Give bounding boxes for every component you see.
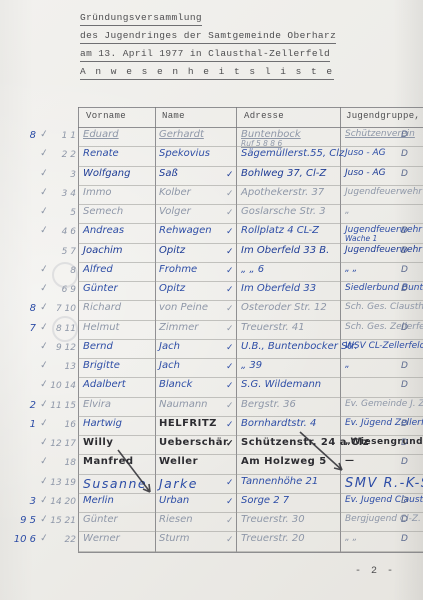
name-checkmark-icon: ✓ [226, 303, 234, 314]
name-checkmark-icon: ✓ [226, 361, 234, 372]
cell-jugendgruppe: „ [345, 361, 401, 370]
right-margin-d-mark: D [401, 515, 408, 525]
cell-adresse: Bohlweg 37, Cl-Z [241, 169, 339, 180]
cell-adresse: Treuerstr. 20 [241, 534, 339, 545]
cell-vorname: Alfred [83, 265, 153, 276]
cell-name: Spekovius [159, 149, 223, 160]
name-checkmark-icon: ✓ [226, 419, 234, 430]
margin-row-number: 7 10 [48, 304, 76, 314]
margin-row-number: 11 15 [48, 401, 76, 411]
row-divider [78, 551, 423, 552]
cell-adresse: S.G. Wildemann [241, 380, 339, 391]
margin-blue-number: 9 5 [10, 515, 36, 526]
table-row: ✓3WolfgangSaß✓Bohlweg 37, Cl-ZJuso - AGD [0, 167, 423, 186]
name-checkmark-icon: ✓ [226, 534, 234, 545]
name-checkmark-icon: ✓ [226, 323, 234, 334]
margin-row-number: 9 12 [48, 343, 76, 353]
margin-blue-number: 8 [10, 130, 36, 141]
cell-jugendgruppe: Ev. Jügend Zellerfeld [345, 419, 401, 428]
name-checkmark-icon: ✓ [226, 477, 234, 488]
margin-row-number: 13 19 [48, 478, 76, 488]
cell-adresse: „ „ 6 [241, 265, 339, 276]
cell-jugendgruppe: „Wiesengrund“ [345, 438, 401, 447]
table-row: 10 6✓22WernerSturm✓Treuerstr. 20„ „D [0, 532, 423, 551]
table-row: 8✓7 10Richardvon Peine✓Osteroder Str. 12… [0, 301, 423, 320]
cell-name: Zimmer [159, 323, 223, 334]
cell-adresse: Apothekerstr. 37 [241, 188, 339, 199]
cell-vorname: Wolfgang [83, 169, 153, 180]
cell-jugendgruppe: Juso - AG [345, 169, 401, 178]
right-margin-d-mark: D [401, 438, 408, 448]
cell-name: Blanck [159, 380, 223, 391]
table-row: ✓3 4ImmoKolber✓Apothekerstr. 37Jugendfeu… [0, 186, 423, 205]
cell-vorname: Manfred [83, 457, 153, 468]
cell-vorname: Brigitte [83, 361, 153, 372]
cell-jugendgruppe: „ [345, 207, 401, 216]
table-row: ✓13 19SusanneJarke✓Tannenhöhe 21SMV R.-K… [0, 475, 423, 494]
right-margin-d-mark: D [401, 534, 408, 544]
column-header-adresse: Adresse [244, 111, 284, 121]
margin-row-number: 4 6 [48, 227, 76, 237]
cell-name: Riesen [159, 515, 223, 526]
margin-blue-number: 3 [10, 496, 36, 507]
cell-name: von Peine [159, 303, 223, 314]
table-row: 8✓1 1EduardGerhardtBuntenbockRuf 5 8 8 6… [0, 128, 423, 147]
right-margin-d-mark: D [401, 419, 408, 429]
margin-row-number: 18 [48, 458, 76, 468]
cell-jugendgruppe: Ev. Gemeinde J. Zellerfeld [345, 400, 401, 409]
margin-row-number: 16 [48, 420, 76, 430]
cell-name: Volger [159, 207, 223, 218]
doc-title-line-1: Gründungsversammlung [80, 12, 202, 26]
margin-blue-number: 1 [10, 419, 36, 430]
cell-adresse: Am Holzweg 5 [241, 457, 339, 468]
right-margin-d-mark: D [401, 323, 408, 333]
right-margin-d-mark: D [401, 130, 408, 140]
column-header-vorname: Vorname [86, 111, 126, 121]
cell-jugendgruppe: WSV CL-Zellerfeld e.K. [345, 342, 401, 351]
margin-row-number: 8 [48, 266, 76, 276]
cell-vorname: Helmut [83, 323, 153, 334]
cell-adresse: Sorge 2 7 [241, 496, 339, 507]
cell-adresse: Sägemüllerst.55, Clz [241, 149, 339, 160]
cell-vorname: Susanne [83, 477, 153, 490]
name-checkmark-icon: ✓ [226, 169, 234, 180]
name-checkmark-icon: ✓ [226, 188, 234, 199]
table-row: 5 7JoachimOpitz✓Im Oberfeld 33 B.Jugendf… [0, 244, 423, 263]
table-row: ✓13BrigitteJach✓„ 39„D [0, 359, 423, 378]
cell-vorname: Immo [83, 188, 153, 199]
margin-blue-number: 10 6 [10, 534, 36, 545]
cell-vorname: Richard [83, 303, 153, 314]
margin-row-number: 12 17 [48, 439, 76, 449]
cell-jugendgruppe: — [345, 457, 401, 466]
name-checkmark-icon: ✓ [226, 400, 234, 411]
right-margin-d-mark: D [401, 361, 408, 371]
cell-adresse: Bergstr. 36 [241, 400, 339, 411]
table-row: 9 5✓15 21GünterRiesen✓Treuerstr. 30Bergj… [0, 513, 423, 532]
cell-vorname: Adalbert [83, 380, 153, 391]
cell-name: Saß [159, 169, 223, 180]
cell-name: Weller [159, 457, 223, 468]
cell-name: Sturm [159, 534, 223, 545]
margin-row-number: 1 1 [48, 131, 76, 141]
cell-name: Jach [159, 361, 223, 372]
cell-adresse: Treuerstr. 41 [241, 323, 339, 334]
cell-vorname: Bernd [83, 342, 153, 353]
cell-name: Jach [159, 342, 223, 353]
cell-adresse: Tannenhöhe 21 [241, 477, 339, 488]
margin-row-number: 10 14 [48, 381, 76, 391]
table-row: ✓8AlfredFrohme✓„ „ 6„ „D [0, 263, 423, 282]
cell-name: Opitz [159, 284, 223, 295]
doc-title-line-2: des Jugendringes der Samtgemeinde Oberha… [80, 30, 336, 44]
cell-jugendgruppe: „ „ [345, 265, 401, 274]
table-row: 1✓16HartwigHELFRITZ✓Bornhardtstr. 4Ev. J… [0, 417, 423, 436]
name-checkmark-icon: ✓ [226, 496, 234, 507]
doc-title-line-4: A n w e s e n h e i t s l i s t e [80, 66, 334, 80]
cell-adresse: BuntenbockRuf 5 8 8 6 [241, 130, 339, 147]
margin-blue-number: 8 [10, 303, 36, 314]
cell-vorname: Werner [83, 534, 153, 545]
page-number: - 2 - [355, 566, 395, 577]
cell-jugendgruppe: „ „ [345, 534, 401, 543]
right-margin-d-mark: D [401, 169, 408, 179]
table-top-border [78, 107, 423, 108]
cell-jugendgruppe: Sch. Ges. Clausthal [345, 303, 401, 312]
cell-vorname: Günter [83, 515, 153, 526]
table-row: 7✓8 11HelmutZimmer✓Treuerstr. 41Sch. Ges… [0, 321, 423, 340]
table-row: ✓2 2RenateSpekoviusSägemüllerst.55, ClzJ… [0, 147, 423, 166]
margin-blue-number: 7 [10, 323, 36, 334]
margin-row-number: 13 [48, 362, 76, 372]
right-margin-d-mark: D [401, 246, 408, 256]
margin-row-number: 6 9 [48, 285, 76, 295]
cell-adresse: Osteroder Str. 12 [241, 303, 339, 314]
table-bottom-border [78, 552, 423, 553]
cell-jugendgruppe: Siedlerbund Buntenbock [345, 284, 401, 293]
name-checkmark-icon: ✓ [226, 226, 234, 237]
right-margin-d-mark: D [401, 265, 408, 275]
cell-vorname: Willy [83, 438, 153, 449]
margin-row-number: 2 2 [48, 150, 76, 160]
cell-vorname: Hartwig [83, 419, 153, 430]
right-margin-d-mark: D [401, 149, 408, 159]
cell-name: Gerhardt [159, 130, 223, 141]
cell-jugendgruppe: Jugendfeuerwehr CLZWache 1 [345, 226, 401, 242]
cell-jugendgruppe: Ev. Jugend Clausthal [345, 496, 401, 505]
table-row: ✓6 9GünterOpitz✓Im Oberfeld 33Siedlerbun… [0, 282, 423, 301]
cell-adresse: Rollplatz 4 CL-Z [241, 226, 339, 237]
cell-vorname: Semech [83, 207, 153, 218]
margin-row-number: 8 11 [48, 324, 76, 334]
cell-name: Rehwagen [159, 226, 223, 237]
name-checkmark-icon: ✓ [226, 342, 234, 353]
name-checkmark-icon: ✓ [226, 246, 234, 257]
cell-adresse: U.B., Buntenbocker Str. [241, 342, 339, 353]
table-row: ✓4 6AndreasRehwagen✓Rollplatz 4 CL-ZJuge… [0, 224, 423, 243]
margin-row-number: 22 [48, 535, 76, 545]
margin-row-number: 3 [48, 170, 76, 180]
cell-name: Frohme [159, 265, 223, 276]
column-header-name: Name [162, 111, 185, 121]
cell-vorname: Renate [83, 149, 153, 160]
right-margin-d-mark: D [401, 457, 408, 467]
margin-row-number: 5 7 [48, 247, 76, 257]
cell-name: Urban [159, 496, 223, 507]
cell-name: Naumann [159, 400, 223, 411]
right-margin-d-mark: D [401, 496, 408, 506]
right-margin-d-mark: D [401, 284, 408, 294]
cell-jugendgruppe: Jugendfeuerwehr Buntenbock [345, 246, 401, 255]
cell-adresse: Treuerstr. 30 [241, 515, 339, 526]
name-checkmark-icon: ✓ [226, 380, 234, 391]
name-checkmark-icon: ✓ [226, 284, 234, 295]
cell-jugendgruppe: Schützenverein [345, 130, 401, 139]
cell-adresse: Im Oberfeld 33 [241, 284, 339, 295]
cell-name: Jarke [159, 477, 223, 490]
table-row: ✓5SemechVolger✓Goslarsche Str. 3„ [0, 205, 423, 224]
cell-vorname: Elvira [83, 400, 153, 411]
cell-name: Opitz [159, 246, 223, 257]
margin-row-number: 14 20 [48, 497, 76, 507]
cell-jugendgruppe: Bergjugend Cl-Z. [345, 515, 401, 524]
margin-row-number: 3 4 [48, 189, 76, 199]
doc-title-line-3: am 13. April 1977 in Clausthal-Zellerfel… [80, 48, 330, 62]
cell-vorname: Merlin [83, 496, 153, 507]
cell-adresse: Bornhardtstr. 4 [241, 419, 339, 430]
name-checkmark-icon: ✓ [226, 515, 234, 526]
right-margin-d-mark: D [401, 380, 408, 390]
table-row: 2✓11 15ElviraNaumann✓Bergstr. 36Ev. Geme… [0, 398, 423, 417]
cell-jugendgruppe: Sch. Ges. Zellerfeld [345, 323, 401, 332]
cell-name: Ueberschär [159, 438, 223, 449]
cell-adresse: „ 39 [241, 361, 339, 372]
cell-vorname: Günter [83, 284, 153, 295]
cell-name: Kolber [159, 188, 223, 199]
column-header-jugendgruppe: Jugendgruppe, usw. [346, 111, 423, 121]
name-checkmark-icon: ✓ [226, 265, 234, 276]
name-checkmark-icon: ✓ [226, 438, 234, 449]
cell-adresse: Im Oberfeld 33 B. [241, 246, 339, 257]
table-row: 3✓14 20MerlinUrban✓Sorge 2 7Ev. Jugend C… [0, 494, 423, 513]
cell-vorname: Joachim [83, 246, 153, 257]
name-checkmark-icon: ✓ [226, 207, 234, 218]
cell-jugendgruppe-line2: Wache 1 [345, 235, 401, 243]
table-row: ✓9 12BerndJach✓U.B., Buntenbocker Str.WS… [0, 340, 423, 359]
table-row: ✓12 17WillyUeberschär✓Schützenstr. 24 a … [0, 436, 423, 455]
cell-vorname: Andreas [83, 226, 153, 237]
cell-jugendgruppe: SMV R.-K-S [345, 477, 401, 491]
margin-blue-number: 2 [10, 400, 36, 411]
table-row: ✓10 14AdalbertBlanck✓S.G. WildemannD [0, 378, 423, 397]
margin-row-number: 5 [48, 208, 76, 218]
right-margin-d-mark: D [401, 226, 408, 236]
table-row: ✓18ManfredWellerAm Holzweg 5—D [0, 455, 423, 474]
cell-adresse: Schützenstr. 24 a Clz [241, 438, 339, 449]
cell-adresse: Goslarsche Str. 3 [241, 207, 339, 218]
cell-jugendgruppe: Jugendfeuerwehr Zellerfeld [345, 188, 401, 197]
cell-jugendgruppe: Juso - AG [345, 149, 401, 158]
cell-vorname: Eduard [83, 130, 153, 141]
cell-name: HELFRITZ [159, 419, 223, 430]
margin-row-number: 15 21 [48, 516, 76, 526]
